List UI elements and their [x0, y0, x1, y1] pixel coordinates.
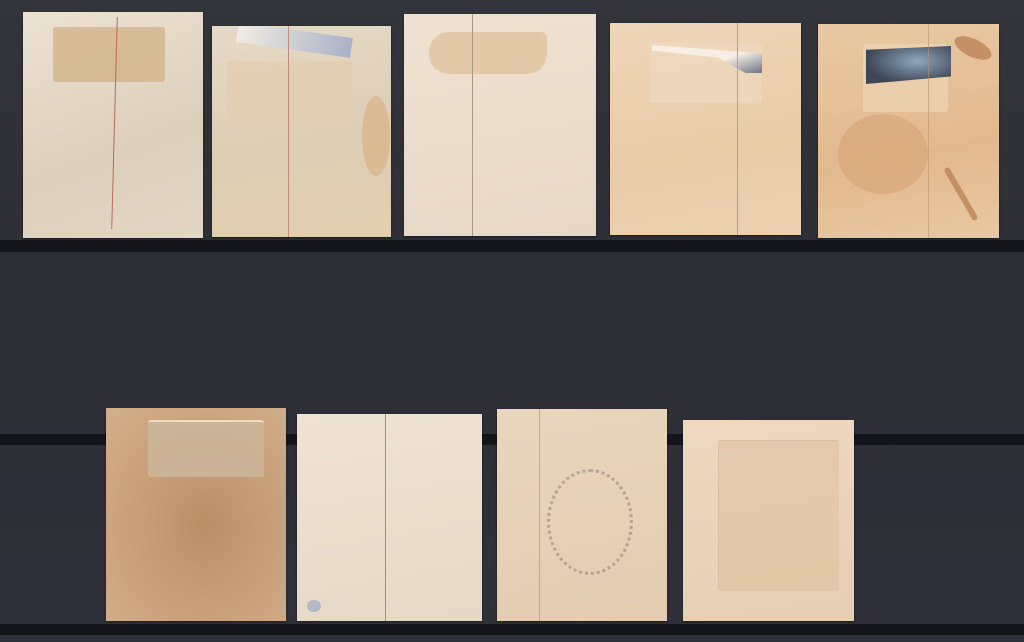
stamp-back-bottom-3 — [497, 409, 667, 621]
guide-line — [737, 23, 738, 235]
stock-book-page — [0, 0, 1024, 642]
mount-strip-top — [0, 240, 1024, 252]
hinge-remnant — [227, 61, 352, 126]
postmark-show-through — [547, 469, 633, 575]
stain — [838, 114, 928, 194]
stamp-back-bottom-4 — [683, 420, 854, 621]
mount-strip-bottom — [0, 624, 1024, 635]
hinge-remnant — [718, 440, 839, 591]
hinge-remnant — [53, 27, 165, 82]
guide-line — [472, 14, 473, 236]
red-guide-line — [288, 26, 289, 237]
stamp-back-bottom-1 — [106, 408, 286, 621]
guide-line — [539, 409, 540, 621]
stamp-back-top-1 — [23, 12, 203, 238]
stamp-back-top-4 — [610, 23, 801, 235]
stain — [943, 167, 978, 222]
stamp-back-top-5 — [818, 24, 999, 238]
stain — [362, 96, 390, 176]
stamp-back-bottom-2 — [297, 414, 482, 621]
stain — [951, 31, 995, 64]
stamp-back-top-2 — [212, 26, 391, 237]
torn-paper-remnant — [236, 26, 353, 58]
hinge-remnant — [148, 420, 264, 477]
stamp-back-top-3 — [404, 14, 596, 236]
hinge-remnant — [429, 32, 547, 74]
blue-mark — [307, 600, 321, 612]
red-guide-line — [385, 414, 386, 621]
guide-line — [928, 24, 929, 238]
